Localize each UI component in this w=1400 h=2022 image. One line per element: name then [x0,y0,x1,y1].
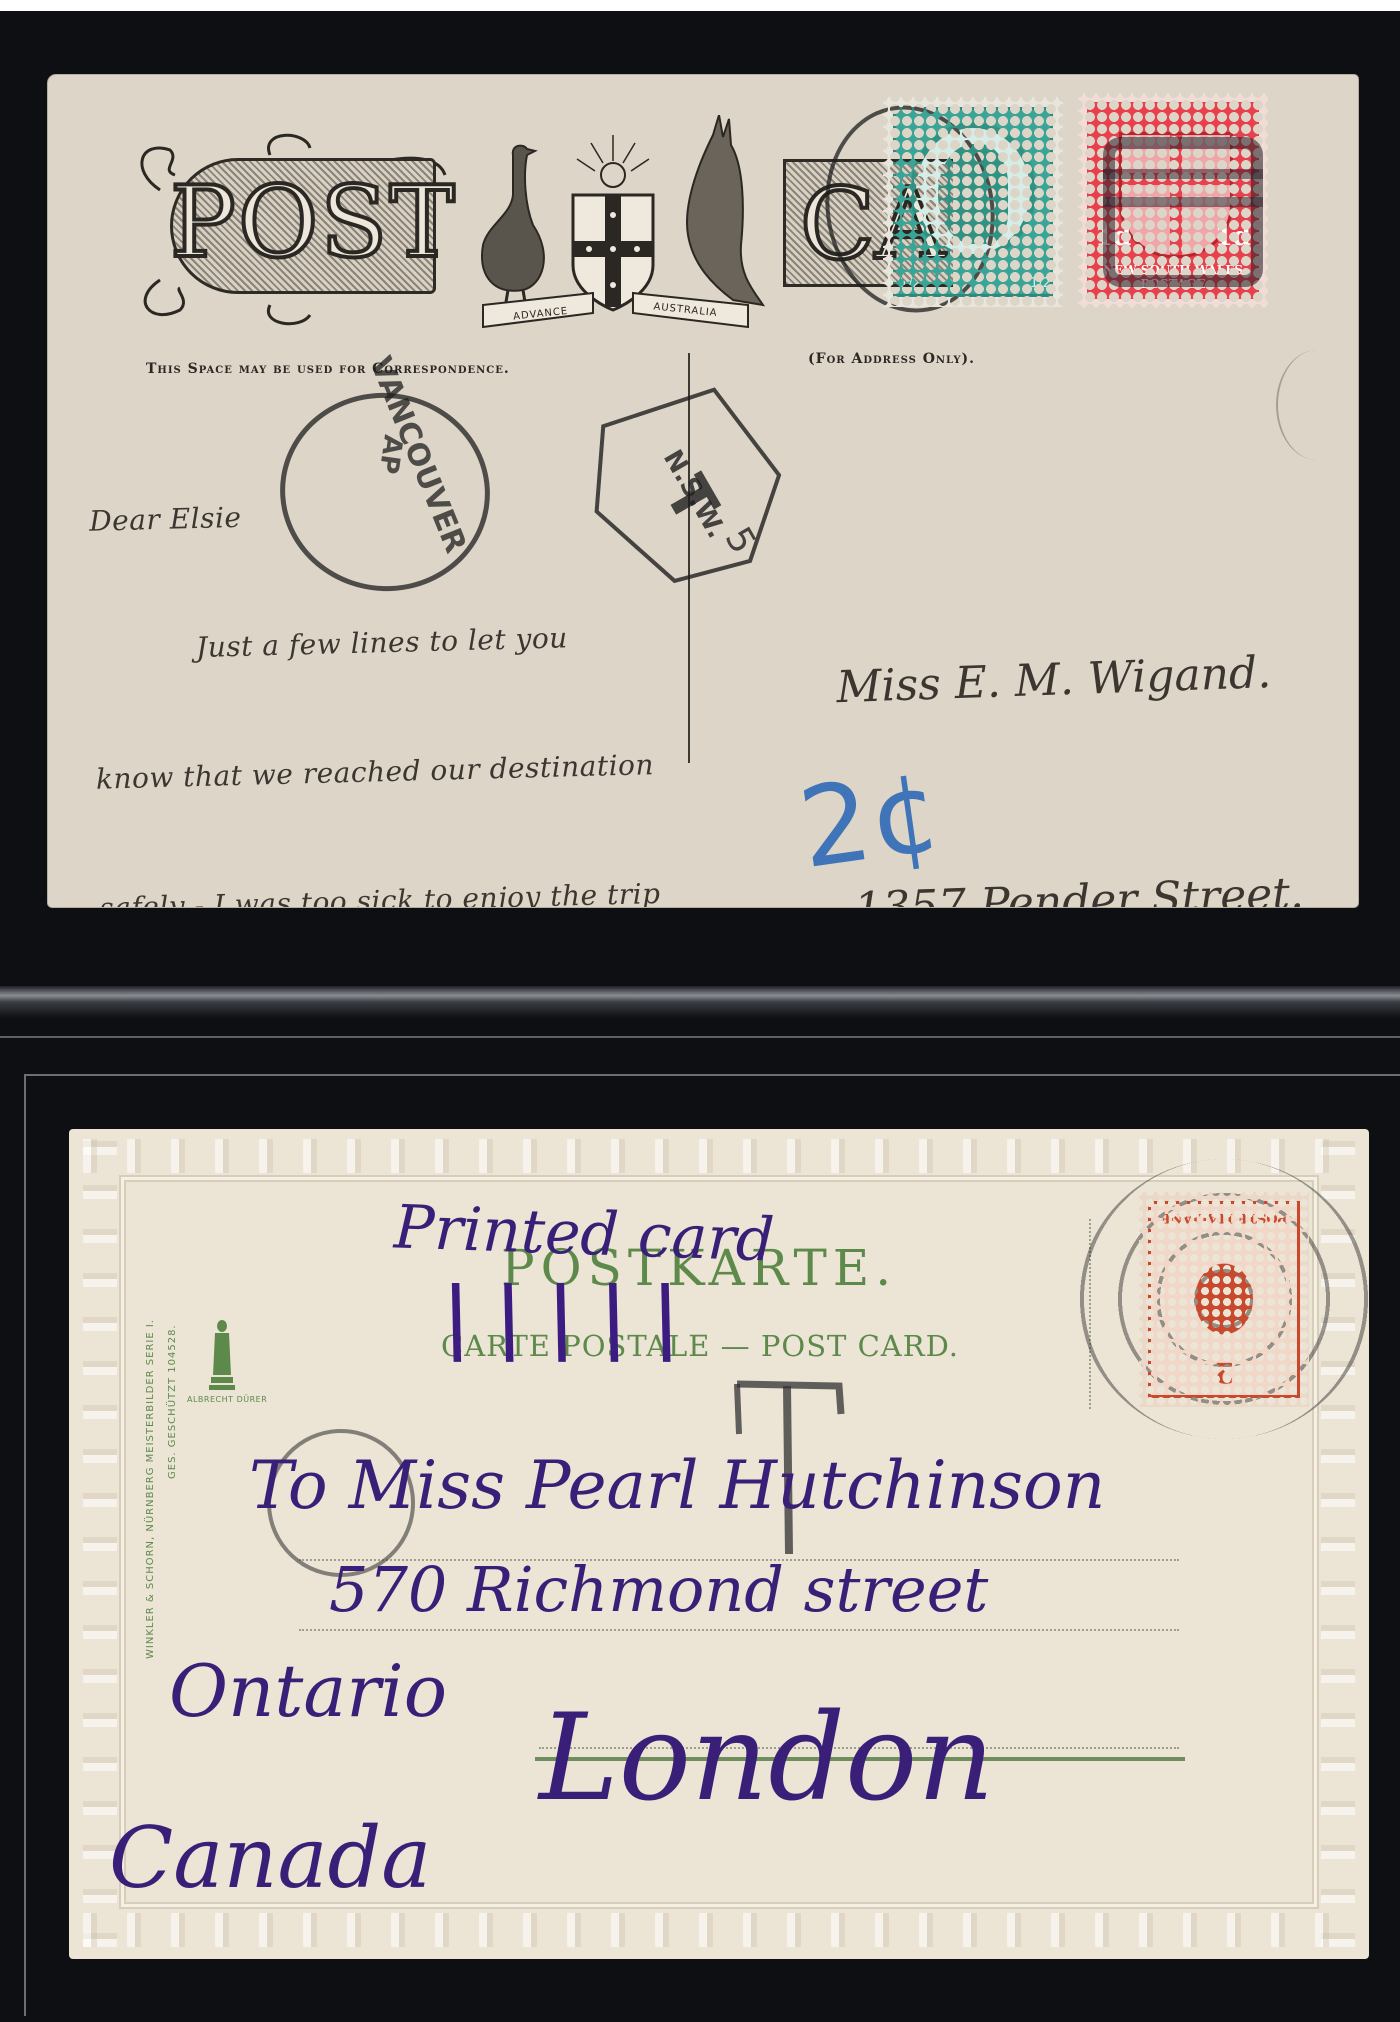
nsw-postcard: POST ADVANCE AUSTRALIA [48,75,1358,907]
nsw-tax-hexagon-mark: N.S.W. T 5 [578,375,788,585]
post-heading: POST [170,160,430,286]
album-page: POST ADVANCE AUSTRALIA [0,11,1400,2022]
post-header-panel: POST [120,130,460,330]
address-label: (For Address Only). [808,351,975,367]
recipient-street: 570 Richmond street [329,1553,988,1626]
durer-label: ALBRECHT DÜRER [187,1395,267,1404]
stamp-italy-2c: POSTE ITALIANE 2 [1139,1192,1309,1407]
stamp-halfpenny-green: 1/2 1/2 [883,97,1063,307]
recipient-country: Canada [109,1809,431,1907]
coat-of-arms-icon: ADVANCE AUSTRALIA [443,115,783,335]
postkarte-postcard: POSTKARTE. CARTE POSTALE — POST CARD. AL… [69,1129,1369,1959]
eagle-icon [1179,1244,1269,1354]
barred-cancel [1103,137,1263,287]
queen-victoria-portrait-icon [938,144,1008,244]
recipient-province: Ontario [169,1649,447,1733]
recipient-name: To Miss Pearl Hutchinson [249,1447,1105,1524]
address-line-2 [299,1629,1179,1631]
correspondence-label: This Space may be used for Correspondenc… [146,361,510,377]
sleeve-divider [0,986,1400,1018]
recipient-city: London [539,1689,995,1828]
sleeve-edge [0,1036,1400,1038]
durer-statue-icon [209,1319,235,1391]
postage-due-mark: 2¢ [793,756,947,884]
paper-crease [1276,350,1358,460]
